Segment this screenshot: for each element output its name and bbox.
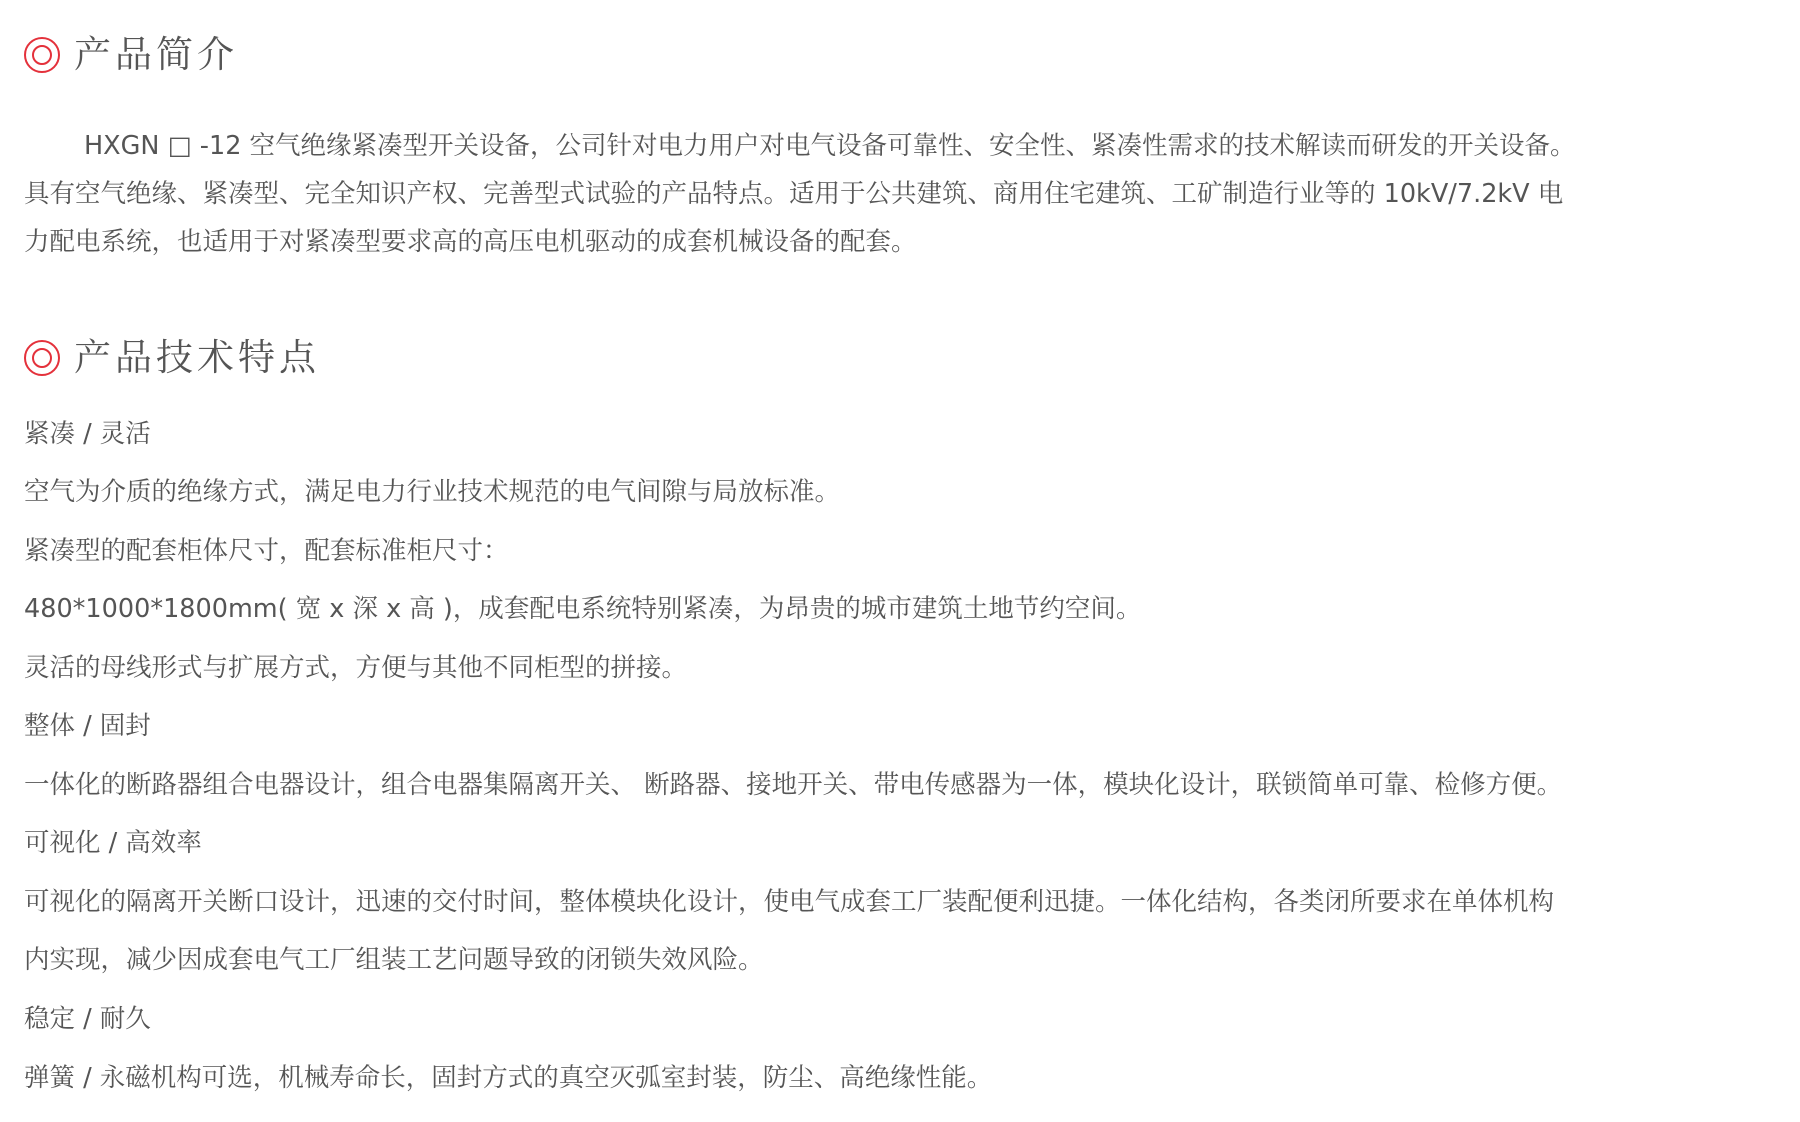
feature-subheading: 稳定 / 耐久 <box>24 1002 1780 1036</box>
intro-paragraph-line: 具有空气绝缘、紧凑型、完全知识产权、完善型式试验的产品特点。适用于公共建筑、商用… <box>24 177 1780 211</box>
feature-subheading: 整体 / 固封 <box>24 709 1780 743</box>
section-title-tech-features: 产品技术特点 <box>24 338 320 378</box>
feature-text: 紧凑型的配套柜体尺寸，配套标准柜尺寸： <box>24 534 1780 568</box>
section-title-product-intro: 产品简介 <box>24 35 238 75</box>
feature-text: 内实现，减少因成套电气工厂组装工艺问题导致的闭锁失效风险。 <box>24 943 1780 977</box>
feature-text: 480*1000*1800mm( 宽 x 深 x 高 )，成套配电系统特别紧凑，… <box>24 592 1780 626</box>
target-icon <box>24 37 60 73</box>
feature-subheading: 紧凑 / 灵活 <box>24 417 1780 451</box>
feature-text: 空气为介质的绝缘方式，满足电力行业技术规范的电气间隙与局放标准。 <box>24 475 1780 509</box>
section-title-label: 产品技术特点 <box>74 338 320 378</box>
intro-paragraph-line: HXGN □ -12 空气绝缘紧凑型开关设备，公司针对电力用户对电气设备可靠性、… <box>84 129 1780 163</box>
feature-text: 弹簧 / 永磁机构可选，机械寿命长，固封方式的真空灭弧室封装，防尘、高绝缘性能。 <box>24 1061 1780 1095</box>
feature-text: 可视化的隔离开关断口设计，迅速的交付时间，整体模块化设计，使电气成套工厂装配便利… <box>24 885 1780 919</box>
feature-subheading: 可视化 / 高效率 <box>24 826 1780 860</box>
feature-text: 灵活的母线形式与扩展方式，方便与其他不同柜型的拼接。 <box>24 651 1780 685</box>
target-icon <box>24 340 60 376</box>
intro-paragraph-line: 力配电系统，也适用于对紧凑型要求高的高压电机驱动的成套机械设备的配套。 <box>24 225 1780 259</box>
section-title-label: 产品简介 <box>74 35 238 75</box>
feature-text: 一体化的断路器组合电器设计，组合电器集隔离开关、 断路器、接地开关、带电传感器为… <box>24 768 1780 802</box>
